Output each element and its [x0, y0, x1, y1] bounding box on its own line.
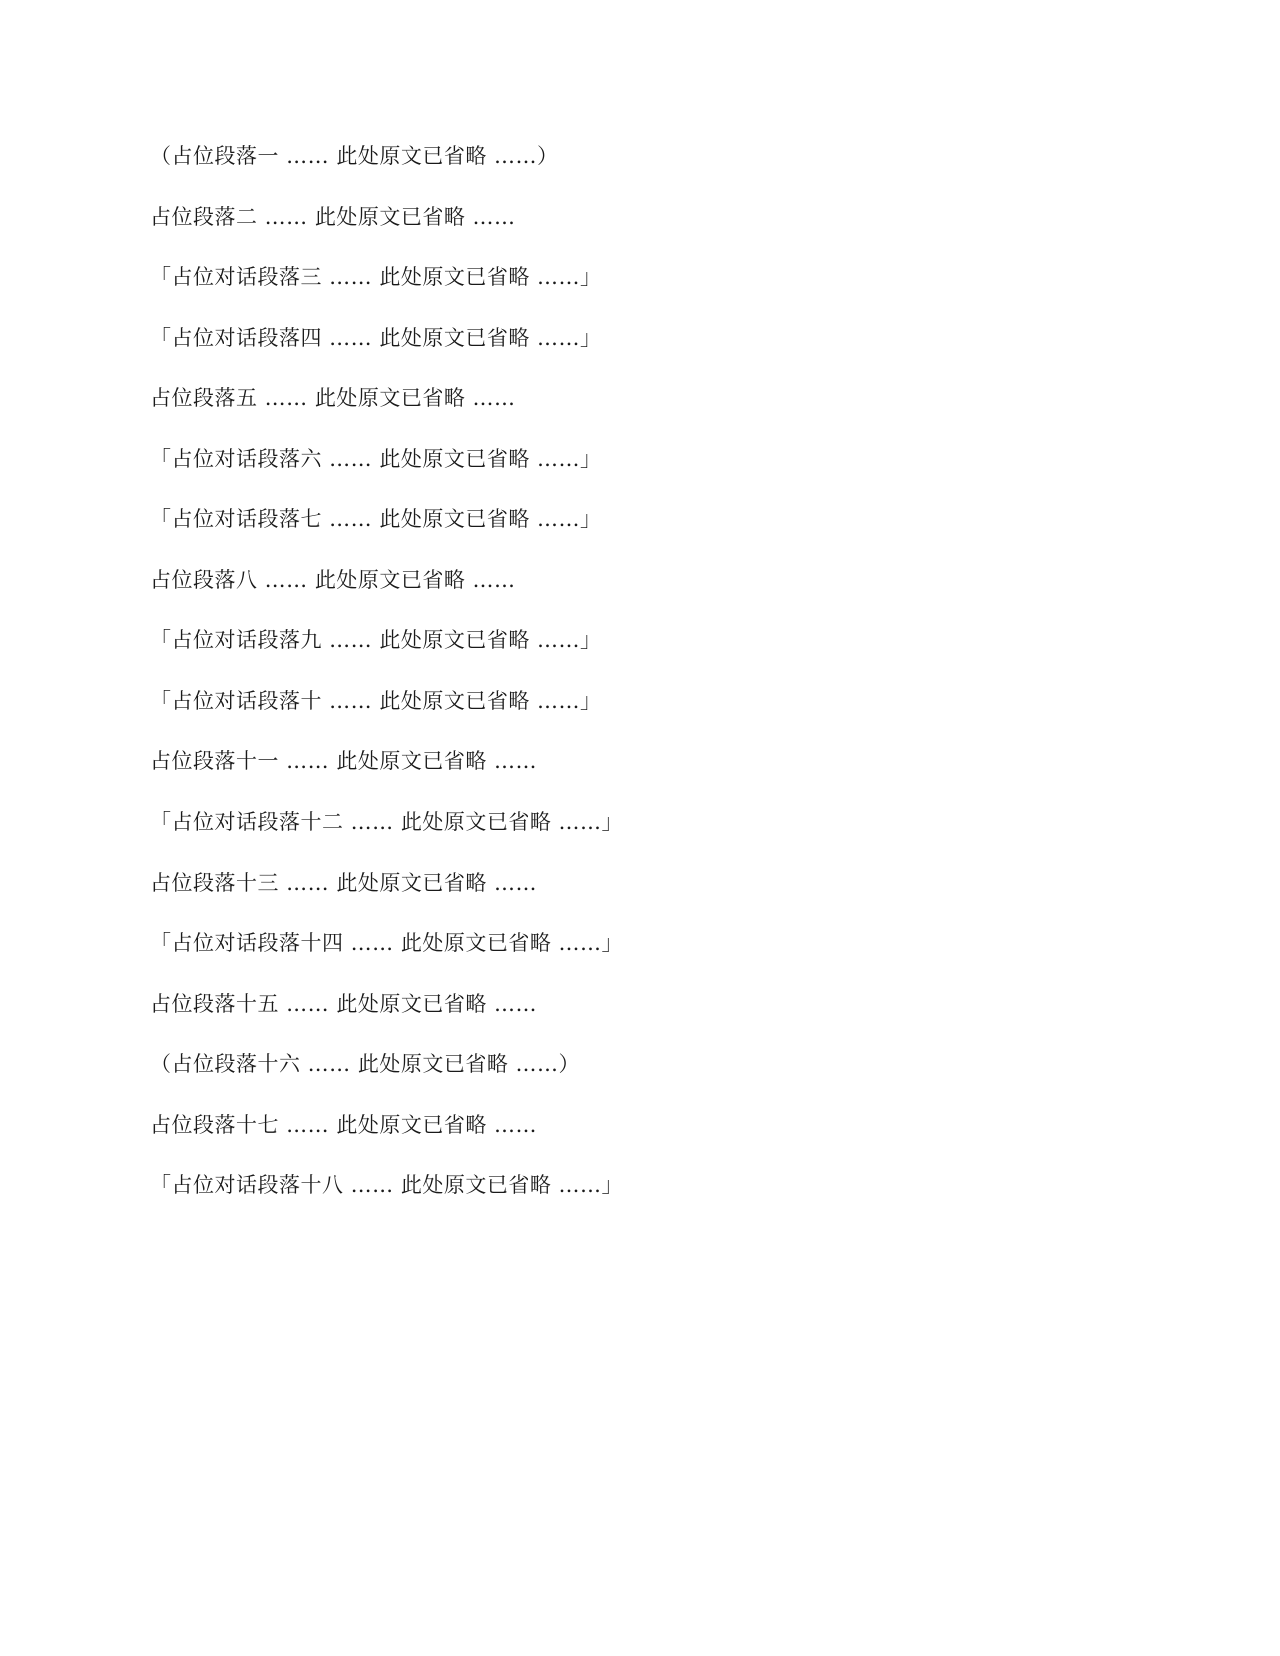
paragraph: 占位段落八 …… 此处原文已省略 ……: [150, 564, 1130, 597]
paragraph: 「占位对话段落九 …… 此处原文已省略 ……」: [150, 624, 1130, 657]
document-page: （占位段落一 …… 此处原文已省略 ……）占位段落二 …… 此处原文已省略 ………: [0, 0, 1280, 1656]
paragraph: 占位段落十三 …… 此处原文已省略 ……: [150, 867, 1130, 900]
paragraph: 占位段落二 …… 此处原文已省略 ……: [150, 201, 1130, 234]
paragraph: 「占位对话段落十二 …… 此处原文已省略 ……」: [150, 806, 1130, 839]
paragraph: 「占位对话段落三 …… 此处原文已省略 ……」: [150, 261, 1130, 294]
paragraph: 占位段落十五 …… 此处原文已省略 ……: [150, 988, 1130, 1021]
paragraph: 「占位对话段落十八 …… 此处原文已省略 ……」: [150, 1169, 1130, 1202]
paragraph: 「占位对话段落十 …… 此处原文已省略 ……」: [150, 685, 1130, 718]
paragraph: （占位段落一 …… 此处原文已省略 ……）: [150, 140, 1130, 173]
paragraph: 「占位对话段落七 …… 此处原文已省略 ……」: [150, 503, 1130, 536]
text-column: （占位段落一 …… 此处原文已省略 ……）占位段落二 …… 此处原文已省略 ………: [150, 140, 1130, 1202]
paragraph: 占位段落十一 …… 此处原文已省略 ……: [150, 745, 1130, 778]
paragraph: 占位段落十七 …… 此处原文已省略 ……: [150, 1109, 1130, 1142]
paragraph: 「占位对话段落十四 …… 此处原文已省略 ……」: [150, 927, 1130, 960]
paragraph: 「占位对话段落六 …… 此处原文已省略 ……」: [150, 443, 1130, 476]
paragraph: 占位段落五 …… 此处原文已省略 ……: [150, 382, 1130, 415]
paragraph: （占位段落十六 …… 此处原文已省略 ……）: [150, 1048, 1130, 1081]
paragraph: 「占位对话段落四 …… 此处原文已省略 ……」: [150, 322, 1130, 355]
